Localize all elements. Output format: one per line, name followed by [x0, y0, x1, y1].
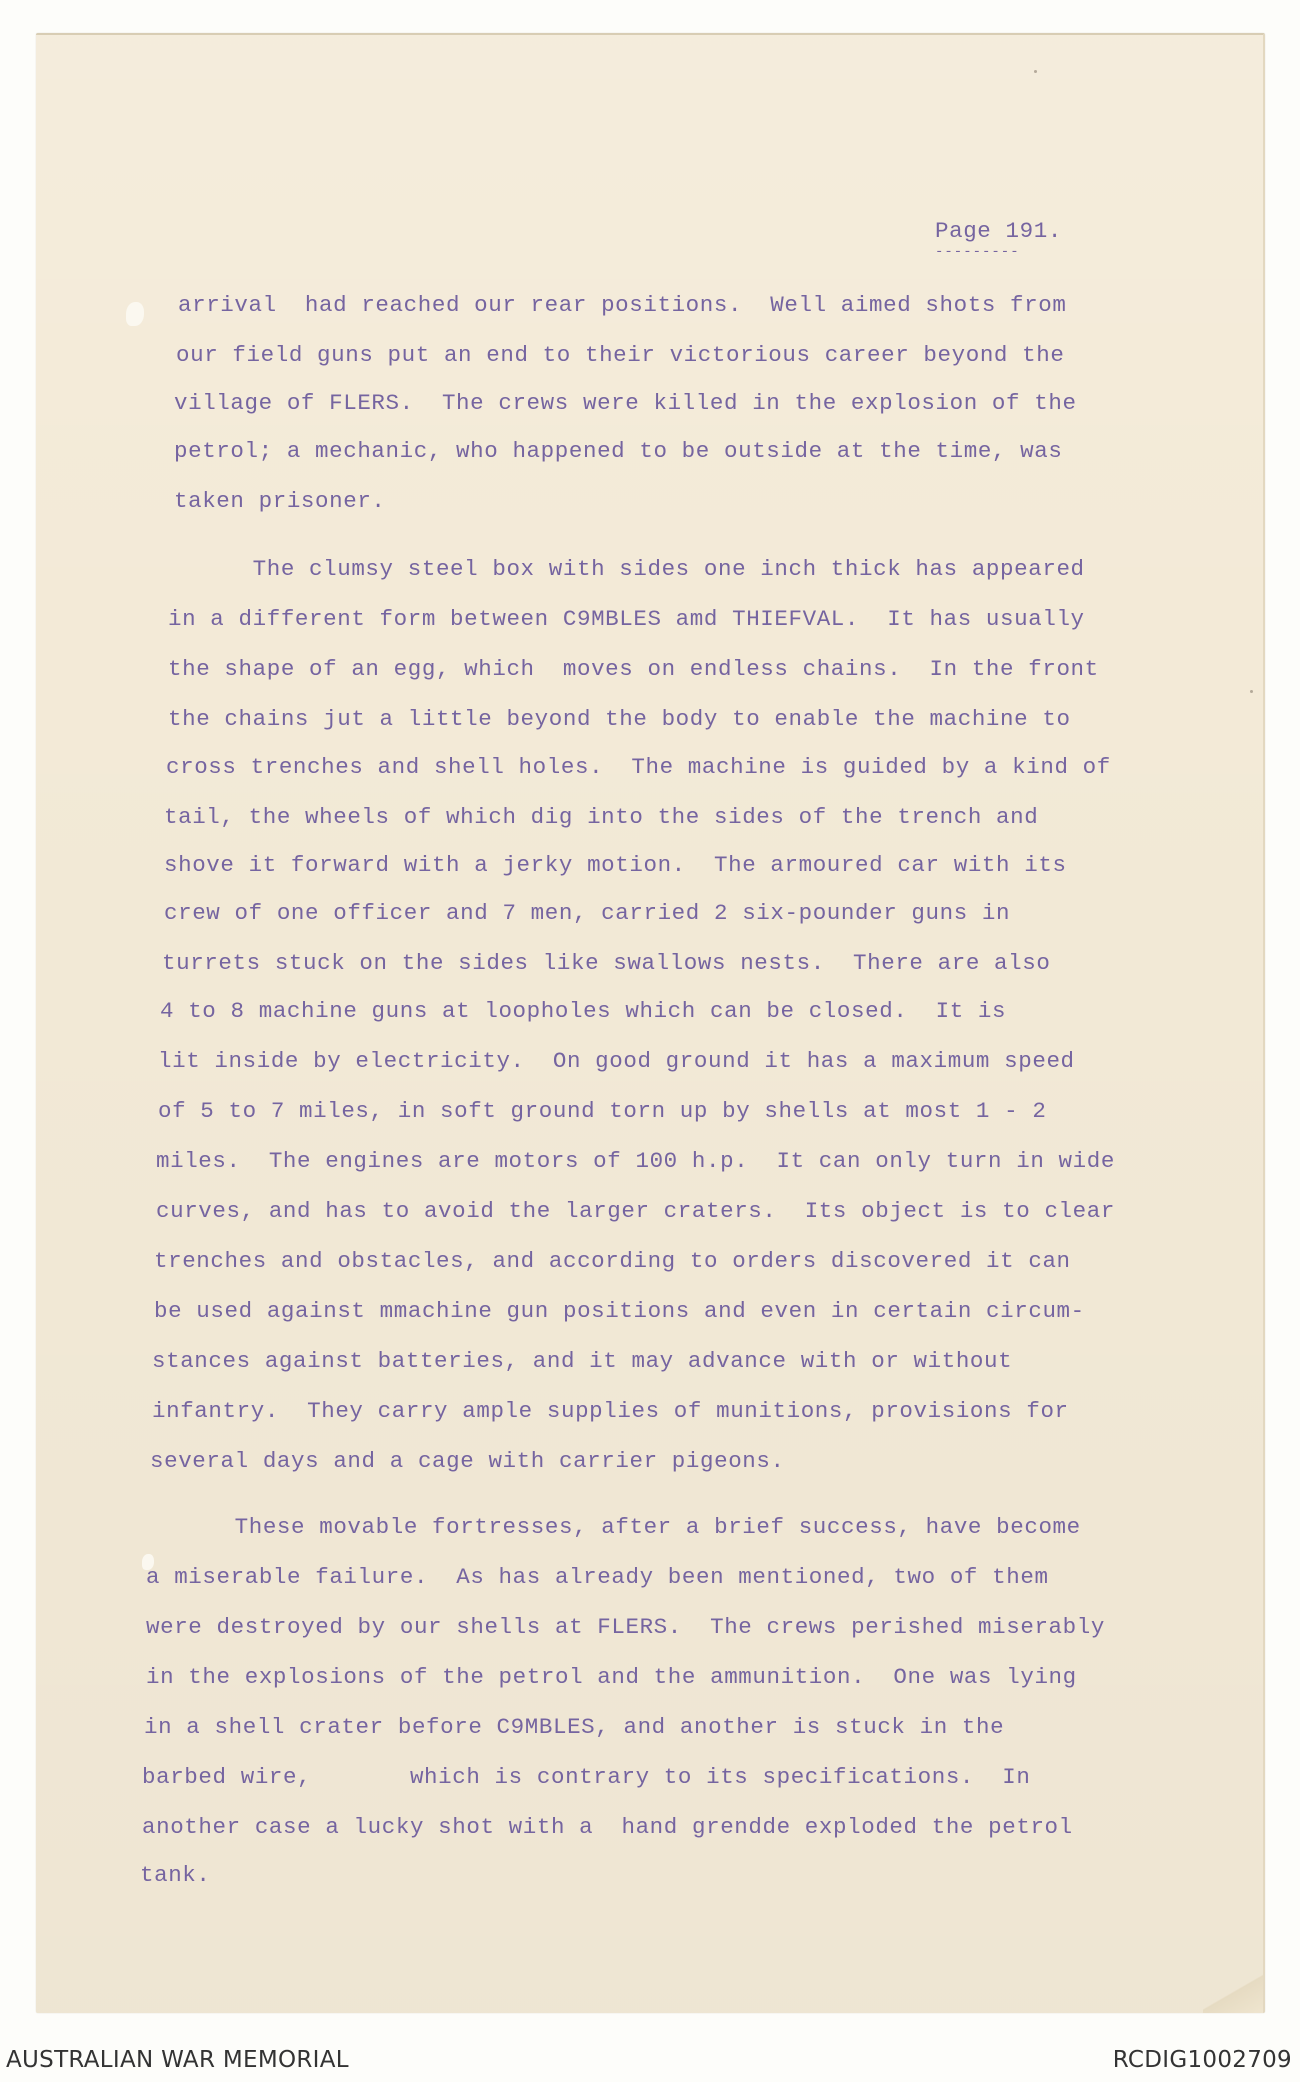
archive-id: RCDIG1002709 — [1113, 2047, 1292, 2073]
text-line: of 5 to 7 miles, in soft ground torn up … — [158, 1098, 1046, 1124]
text-line: barbed wire, which is contrary to its sp… — [142, 1764, 1030, 1790]
text-line: the shape of an egg, which moves on endl… — [168, 656, 1099, 682]
text-line: shove it forward with a jerky motion. Th… — [164, 852, 1067, 878]
text-line: tail, the wheels of which dig into the s… — [164, 804, 1038, 830]
paper-tear-mark — [126, 302, 144, 326]
text-line: trenches and obstacles, and according to… — [154, 1248, 1071, 1274]
text-line: The clumsy steel box with sides one inch… — [168, 556, 1085, 582]
text-line: petrol; a mechanic, who happened to be o… — [174, 438, 1062, 464]
paper-speck — [1034, 70, 1037, 73]
text-line: be used against mmachine gun positions a… — [154, 1298, 1085, 1324]
text-line: These movable fortresses, after a brief … — [150, 1514, 1081, 1540]
text-line: the chains jut a little beyond the body … — [168, 706, 1071, 732]
text-line: in a shell crater before C9MBLES, and an… — [144, 1714, 1004, 1740]
document-viewer: Page 191. --------- arrival had reached … — [0, 0, 1300, 2082]
text-line: arrival had reached our rear positions. … — [178, 292, 1066, 318]
text-line: lit inside by electricity. On good groun… — [158, 1048, 1075, 1074]
text-line: infantry. They carry ample supplies of m… — [152, 1398, 1069, 1424]
paper-speck — [1250, 690, 1253, 693]
page-corner-fold — [1203, 1973, 1263, 2013]
text-line: our field guns put an end to their victo… — [176, 342, 1064, 368]
text-line: turrets stuck on the sides like swallows… — [162, 950, 1050, 976]
text-line: village of FLERS. The crews were killed … — [174, 390, 1077, 416]
text-line: crew of one officer and 7 men, carried 2… — [164, 900, 1010, 926]
text-line: cross trenches and shell holes. The mach… — [166, 754, 1111, 780]
text-line: taken prisoner. — [174, 488, 386, 514]
text-line: in the explosions of the petrol and the … — [146, 1664, 1077, 1690]
archive-credit: AUSTRALIAN WAR MEMORIAL — [6, 2047, 349, 2073]
page-number: Page 191. — [935, 218, 1062, 244]
text-line: stances against batteries, and it may ad… — [152, 1348, 1012, 1374]
text-line: several days and a cage with carrier pig… — [150, 1448, 785, 1474]
text-line: tank. — [140, 1862, 211, 1888]
text-line: curves, and has to avoid the larger crat… — [156, 1198, 1115, 1224]
text-line: miles. The engines are motors of 100 h.p… — [156, 1148, 1115, 1174]
text-line: 4 to 8 machine guns at loopholes which c… — [160, 998, 1006, 1024]
text-line: were destroyed by our shells at FLERS. T… — [146, 1614, 1105, 1640]
page-number-underline: --------- — [935, 244, 1020, 260]
text-line: another case a lucky shot with a hand gr… — [142, 1814, 1073, 1840]
text-line: a miserable failure. As has already been… — [146, 1564, 1049, 1590]
text-line: in a different form between C9MBLES amd … — [168, 606, 1085, 632]
